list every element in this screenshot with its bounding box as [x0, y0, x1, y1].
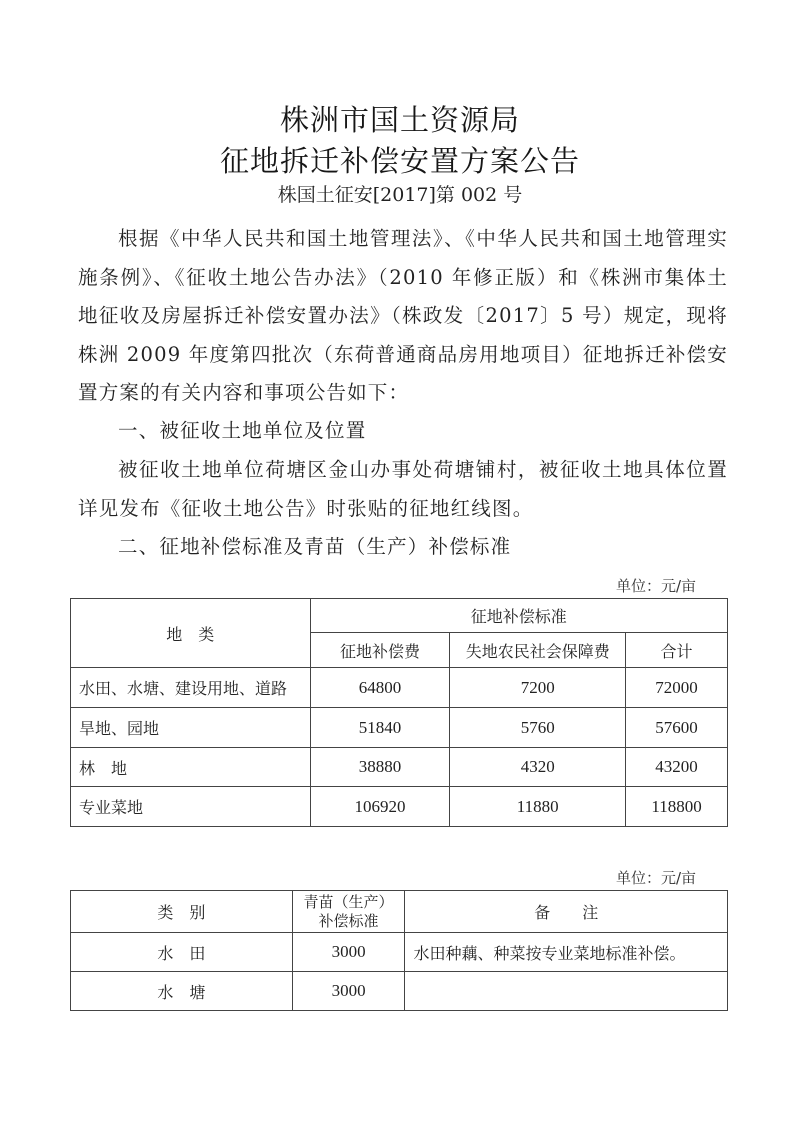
compensation-cell: 64800	[310, 668, 450, 708]
total-cell: 118800	[626, 787, 728, 827]
table-row: 水 田 3000 水田种藕、种菜按专业菜地标准补偿。	[71, 933, 728, 972]
category-cell: 水 塘	[71, 972, 293, 1011]
standard-cell: 3000	[292, 933, 405, 972]
total-cell: 43200	[626, 748, 728, 787]
title-line-1: 株洲市国土资源局	[0, 98, 800, 139]
compensation-cell: 38880	[310, 748, 450, 787]
header-social-security: 失地农民社会保障费	[450, 633, 626, 668]
compensation-cell: 106920	[310, 787, 450, 827]
header-category: 类 别	[71, 891, 293, 933]
header-compensation-group: 征地补偿标准	[310, 599, 727, 633]
table-row: 水 塘 3000	[71, 972, 728, 1011]
remarks-cell	[405, 972, 728, 1011]
social-security-cell: 5760	[450, 708, 626, 748]
document-page: 株洲市国土资源局 征地拆迁补偿安置方案公告 株国土征安[2017]第 002 号…	[0, 0, 800, 1124]
table-2-unit-label: 单位：元/亩	[616, 867, 696, 888]
title-line-2: 征地拆迁补偿安置方案公告	[0, 139, 800, 180]
table-row: 专业菜地 106920 11880 118800	[71, 787, 728, 827]
header-total: 合计	[626, 633, 728, 668]
land-type-cell: 旱地、园地	[71, 708, 311, 748]
header-compensation-fee: 征地补偿费	[310, 633, 450, 668]
table-1-unit-label: 单位：元/亩	[616, 575, 696, 596]
remarks-cell: 水田种藕、种菜按专业菜地标准补偿。	[405, 933, 728, 972]
header-crop-standard-line-1: 青苗（生产）	[293, 893, 405, 912]
table-header-row: 地 类 征地补偿标准	[71, 599, 728, 633]
total-cell: 72000	[626, 668, 728, 708]
total-cell: 57600	[626, 708, 728, 748]
table-row: 旱地、园地 51840 5760 57600	[71, 708, 728, 748]
header-remarks: 备 注	[405, 891, 728, 933]
land-type-cell: 水田、水塘、建设用地、道路	[71, 668, 311, 708]
crop-compensation-table: 类 别 青苗（生产） 补偿标准 备 注 水 田 3000 水田种藕、种菜按专业菜…	[70, 890, 728, 1011]
category-cell: 水 田	[71, 933, 293, 972]
header-land-type: 地 类	[71, 599, 311, 668]
social-security-cell: 4320	[450, 748, 626, 787]
social-security-cell: 11880	[450, 787, 626, 827]
header-crop-standard: 青苗（生产） 补偿标准	[292, 891, 405, 933]
section-1-body: 被征收土地单位荷塘区金山办事处荷塘铺村，被征收土地具体位置详见发布《征收土地公告…	[78, 451, 728, 528]
document-number: 株国土征安[2017]第 002 号	[0, 180, 800, 207]
header-crop-standard-line-2: 补偿标准	[293, 912, 405, 931]
table-header-row: 类 别 青苗（生产） 补偿标准 备 注	[71, 891, 728, 933]
land-type-cell: 林 地	[71, 748, 311, 787]
table-row: 水田、水塘、建设用地、道路 64800 7200 72000	[71, 668, 728, 708]
land-compensation-table: 地 类 征地补偿标准 征地补偿费 失地农民社会保障费 合计 水田、水塘、建设用地…	[70, 598, 728, 827]
land-type-cell: 专业菜地	[71, 787, 311, 827]
table-row: 林 地 38880 4320 43200	[71, 748, 728, 787]
compensation-cell: 51840	[310, 708, 450, 748]
standard-cell: 3000	[292, 972, 405, 1011]
section-1-heading: 一、被征收土地单位及位置	[78, 412, 728, 451]
intro-paragraph: 根据《中华人民共和国土地管理法》、《中华人民共和国土地管理实施条例》、《征收土地…	[78, 220, 728, 413]
social-security-cell: 7200	[450, 668, 626, 708]
section-2-heading: 二、征地补偿标准及青苗（生产）补偿标准	[78, 528, 728, 567]
